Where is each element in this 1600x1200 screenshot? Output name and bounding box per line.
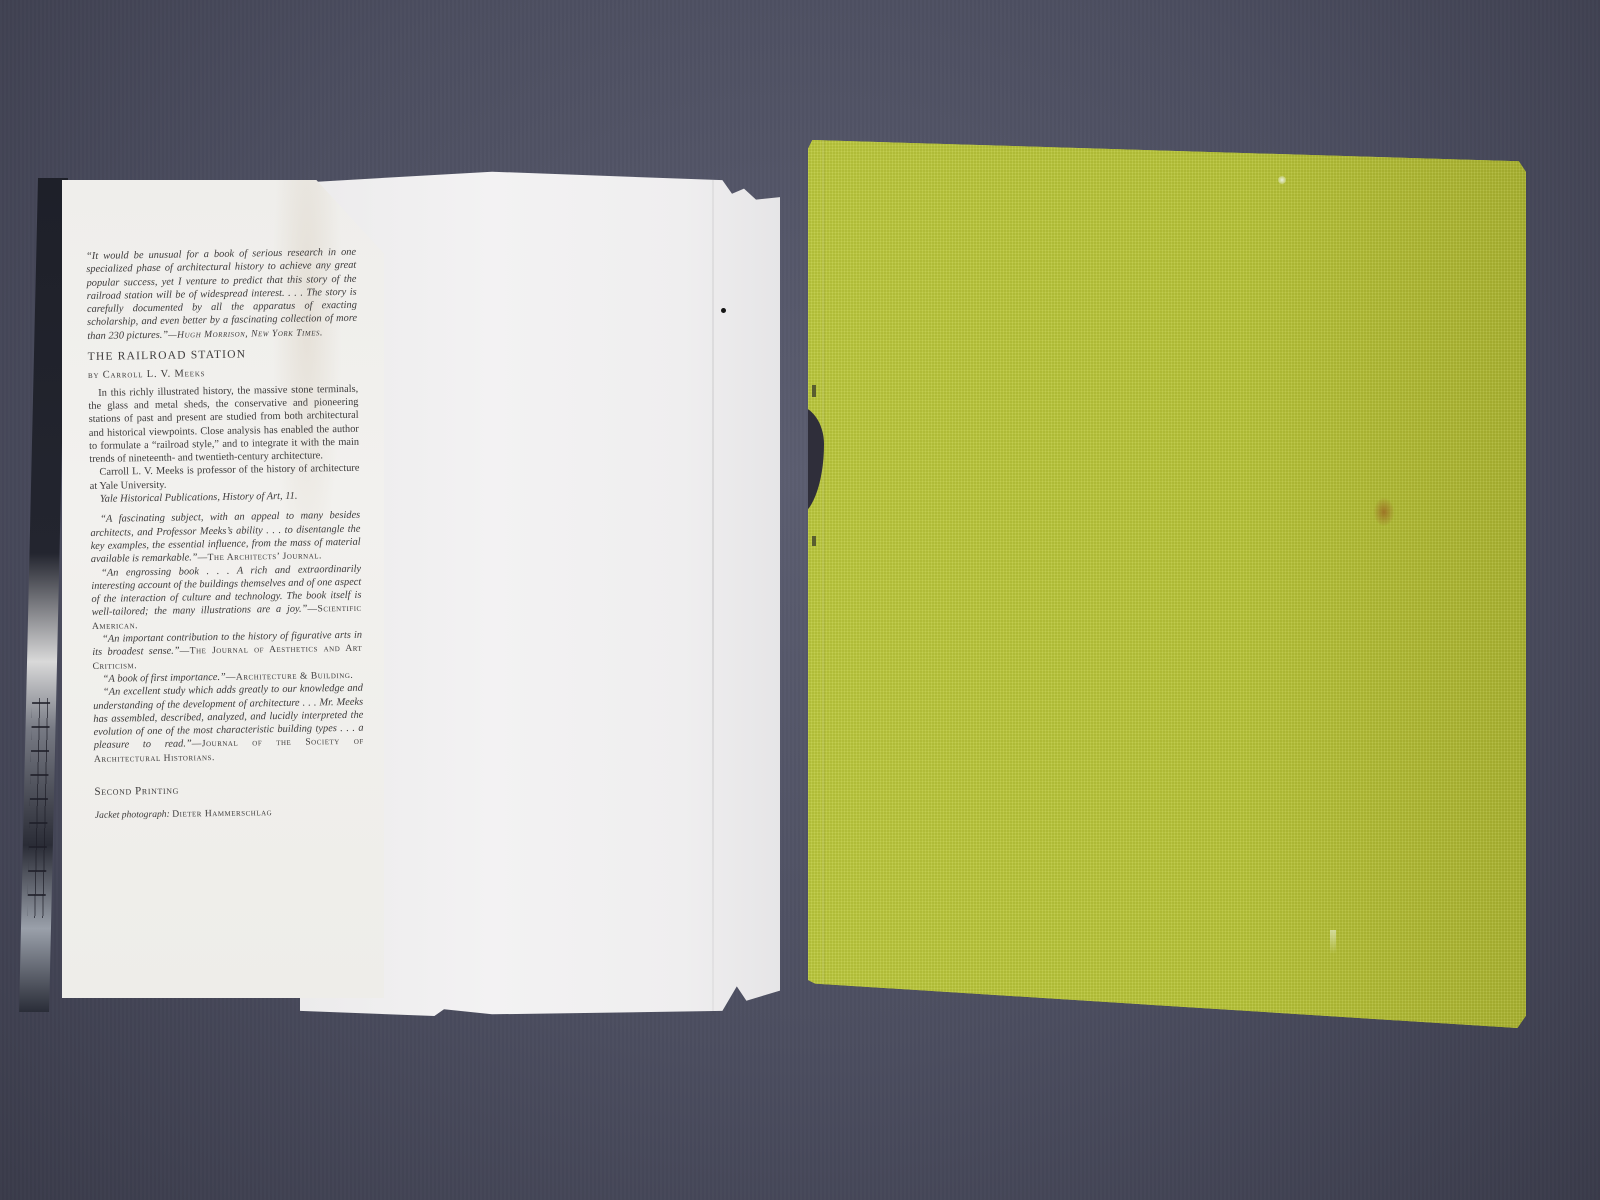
review-5: “An excellent study which adds greatly t… [93,682,364,766]
cover-stain [1374,498,1394,526]
review-1: “A fascinating subject, with an appeal t… [90,509,361,566]
author-bio: Carroll L. V. Meeks is professor of the … [89,462,359,493]
book-cloth-cover: ♥ [808,140,1526,1028]
printing-note: Second Printing [94,782,364,800]
series-note: Yale Historical Publications, History of… [90,489,360,507]
cover-speck [1278,176,1286,184]
spine-publisher-mark [812,536,816,546]
credit-label: Jacket photograph: [95,809,170,821]
dust-jacket-back-flap: “It would be unusual for a book of serio… [62,180,384,998]
book-byline: by Carroll L. V. Meeks [88,365,358,383]
spine-hinge [822,140,825,1028]
flap-text-block: “It would be unusual for a book of serio… [86,246,365,823]
spine-author-mark [812,385,816,397]
credit-name: Dieter Hammerschlag [172,807,272,820]
review-source: —Architecture & Building. [226,670,354,683]
review-source: —The Architects’ Journal. [197,551,322,564]
book-description: In this richly illustrated history, the … [88,382,359,466]
review-2: “An engrossing book . . . A rich and ext… [91,562,362,633]
dust-jacket-hole [721,308,726,313]
cover-scuff [1330,930,1336,954]
review-quote: “A book of first importance.” [103,672,226,685]
opening-quote: “It would be unusual for a book of serio… [86,246,357,343]
jacket-photo-credit: Jacket photograph: Dieter Hammerschlag [95,805,365,823]
dust-jacket-crease [712,180,714,1015]
review-3: “An important contribution to the histor… [92,629,363,673]
book-title: The Railroad Station [88,347,358,365]
opening-quote-attribution: —Hugh Morrison, New York Times. [168,327,323,340]
